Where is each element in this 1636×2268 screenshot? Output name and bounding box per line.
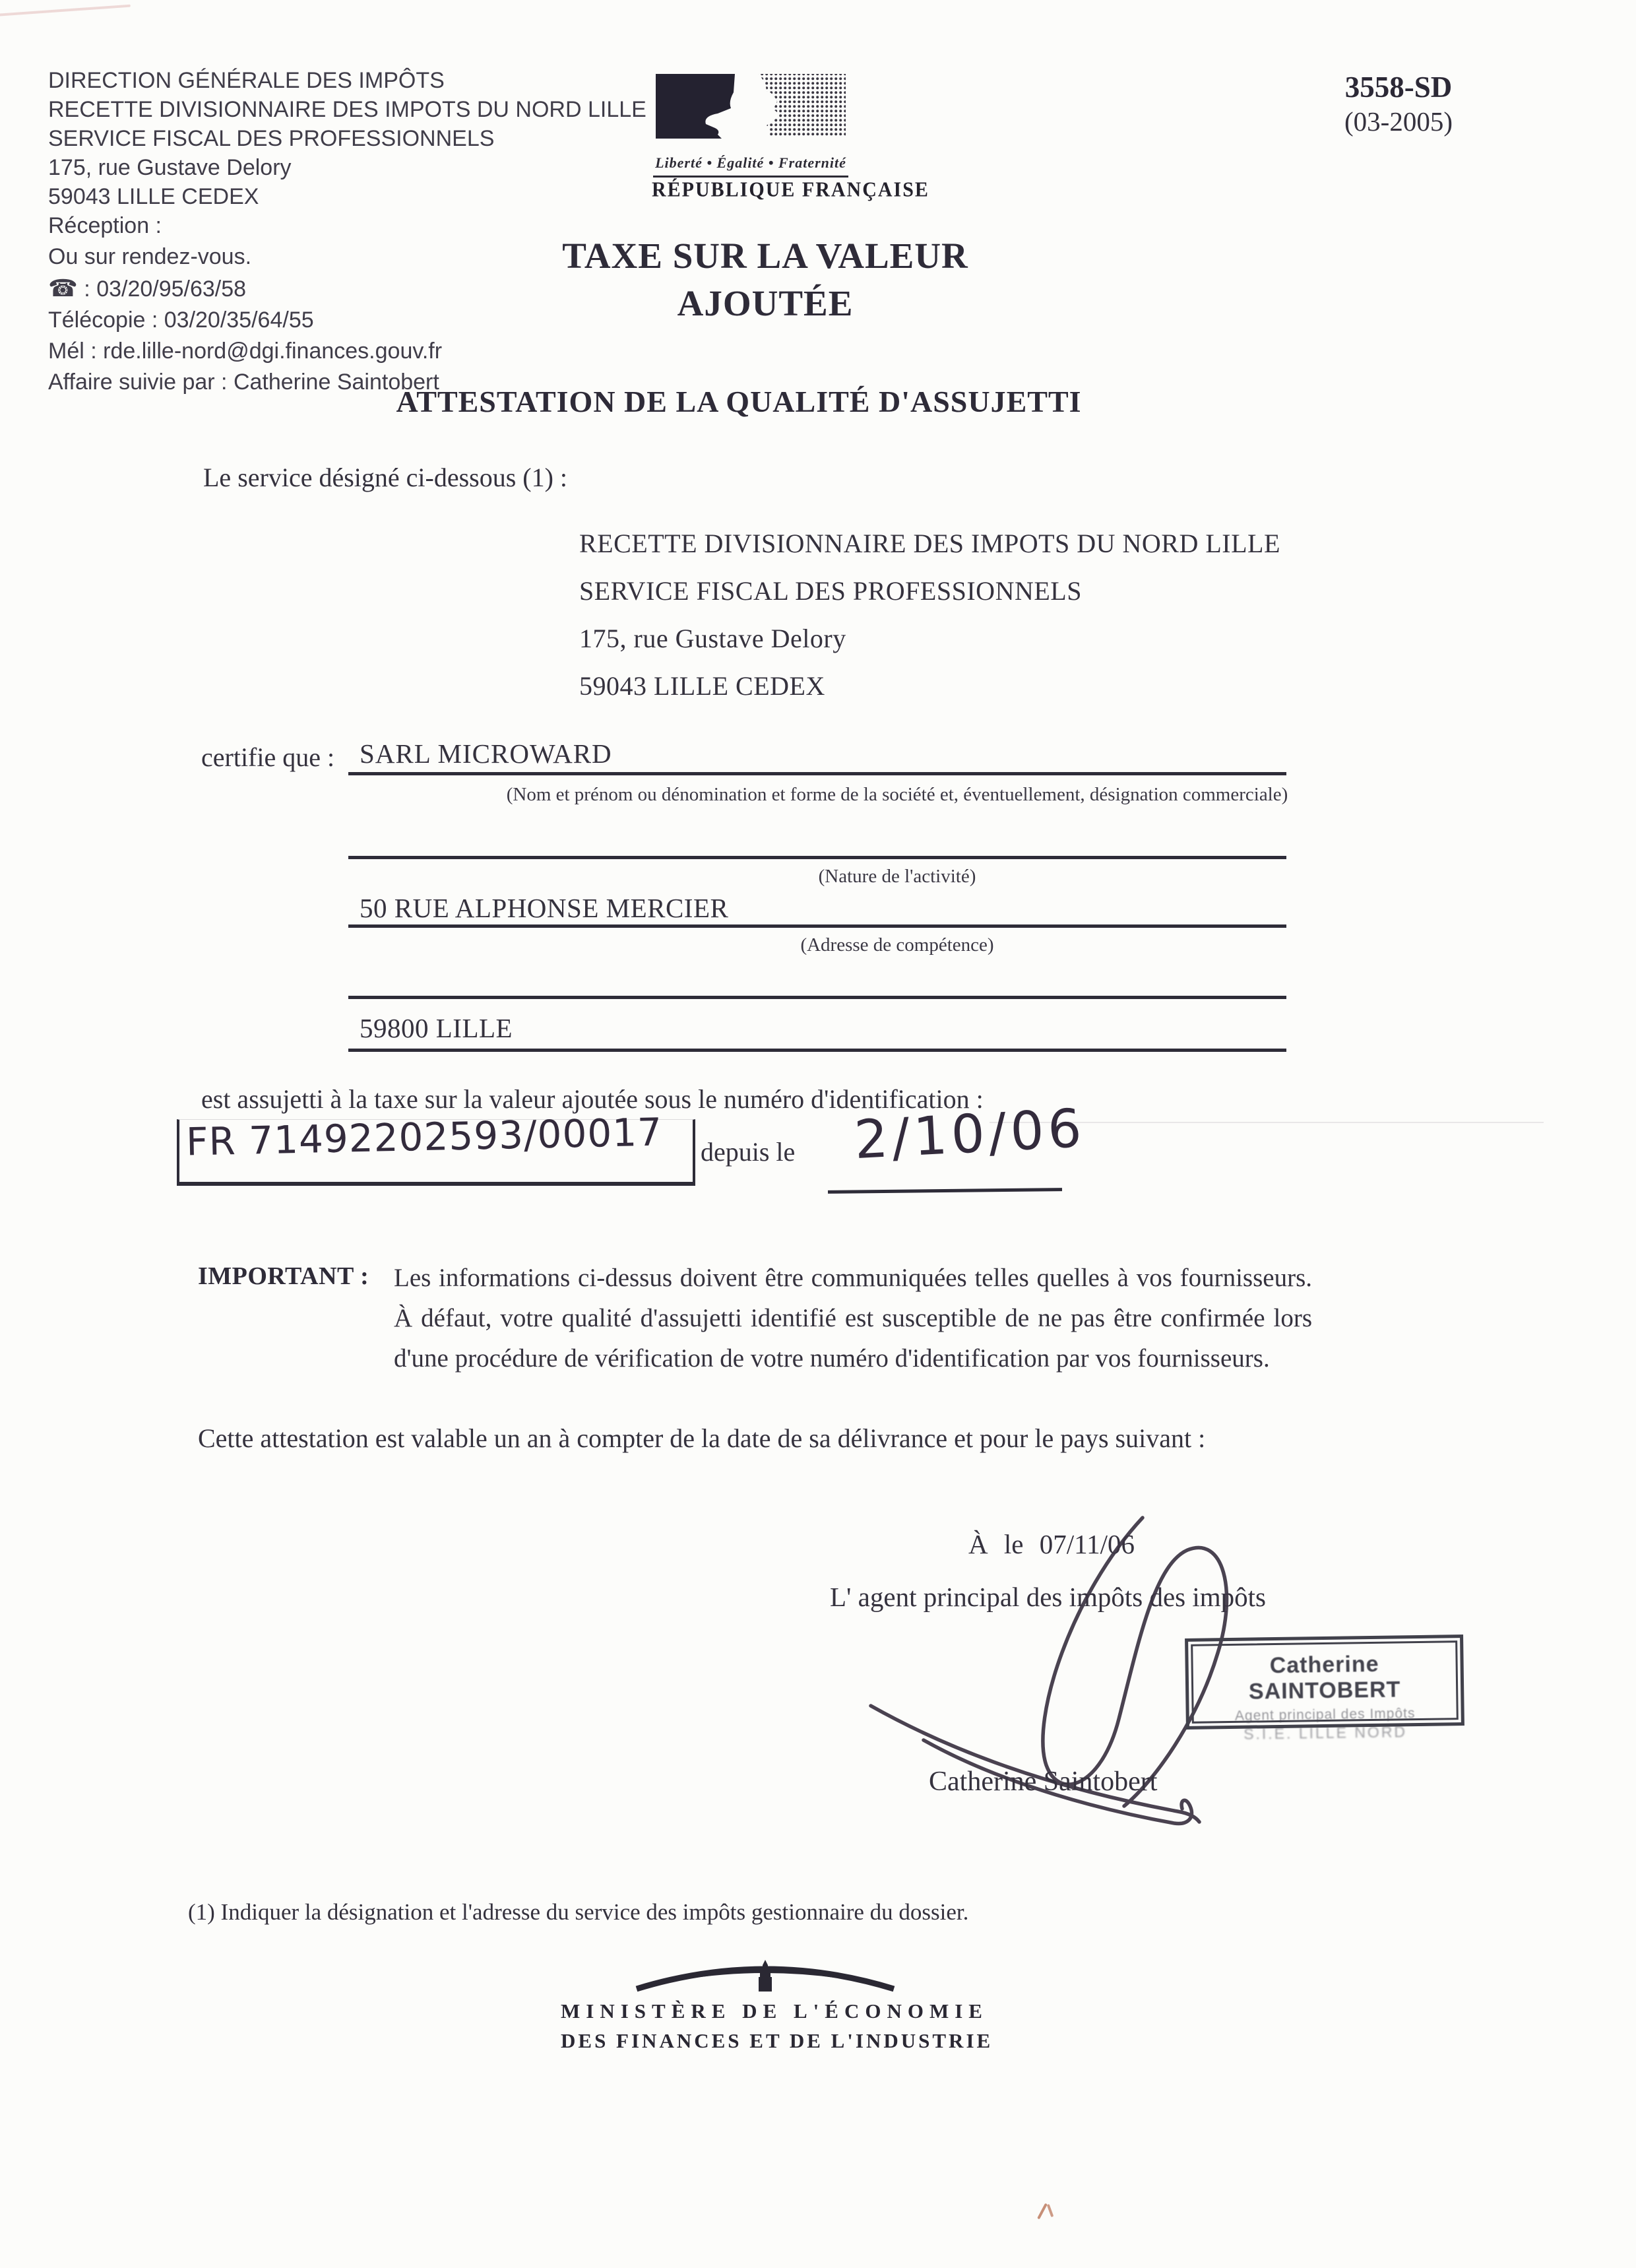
- marianne-flag-icon: [654, 73, 847, 150]
- since-date-handwritten: 2/10/06: [853, 1097, 1087, 1171]
- ministry-logo-block: MINISTÈRE DE L'ÉCONOMIE DES FINANCES ET …: [561, 1948, 970, 2053]
- since-date-underline: [828, 1188, 1062, 1194]
- sender-address-block: DIRECTION GÉNÉRALE DES IMPÔTS RECETTE DI…: [48, 66, 646, 240]
- sender-line: 175, rue Gustave Delory: [48, 153, 646, 182]
- blank-field-underline: [348, 996, 1286, 999]
- phone-number: : 03/20/95/63/58: [84, 276, 246, 302]
- since-label: depuis le: [701, 1136, 795, 1167]
- scan-artifact-mark: [1037, 2203, 1048, 2220]
- republique-francaise-label: RÉPUBLIQUE FRANÇAISE: [652, 178, 850, 202]
- validity-sentence: Cette attestation est valable un an à co…: [198, 1423, 1205, 1454]
- activity-caption: (Nature de l'activité): [462, 866, 1333, 888]
- form-edition: (03-2005): [1303, 106, 1494, 137]
- scan-artifact-mark: [1047, 2204, 1054, 2217]
- email-line: Mél : rde.lille-nord@dgi.finances.gouv.f…: [48, 336, 442, 367]
- activity-underline: [348, 856, 1286, 859]
- signatory-name: Catherine Saintobert: [929, 1766, 1157, 1798]
- stamp-title: Agent principal des Impôts: [1194, 1705, 1457, 1725]
- company-name-caption: (Nom et prénom ou dénomination et forme …: [462, 784, 1333, 806]
- title-line-1: TAXE SUR LA VALEUR: [548, 232, 983, 280]
- company-name-value: SARL MICROWARD: [360, 738, 612, 769]
- service-line: SERVICE FISCAL DES PROFESSIONNELS: [579, 567, 1280, 615]
- ministry-line-2: DES FINANCES ET DE L'INDUSTRIE: [561, 2029, 970, 2053]
- footnote: (1) Indiquer la désignation et l'adresse…: [188, 1899, 968, 1926]
- vat-number-handwritten: FR 71492202593/00017: [185, 1109, 662, 1164]
- ministry-line-1: MINISTÈRE DE L'ÉCONOMIE: [561, 1999, 970, 2023]
- intro-sentence: Le service désigné ci-dessous (1) :: [203, 462, 567, 493]
- important-label: IMPORTANT :: [198, 1262, 369, 1291]
- contact-block: Ou sur rendez-vous. ☎ : 03/20/95/63/58 T…: [48, 242, 442, 398]
- sender-line: SERVICE FISCAL DES PROFESSIONNELS: [48, 124, 646, 153]
- document-title: TAXE SUR LA VALEUR AJOUTÉE: [548, 232, 983, 327]
- official-stamp: Catherine SAINTOBERT Agent principal des…: [1185, 1635, 1464, 1730]
- sender-line: RECETTE DIVISIONNAIRE DES IMPOTS DU NORD…: [48, 95, 646, 124]
- service-line: RECETTE DIVISIONNAIRE DES IMPOTS DU NORD…: [579, 520, 1280, 567]
- address-underline: [348, 924, 1286, 928]
- service-line: 175, rue Gustave Delory: [579, 615, 1280, 663]
- title-line-2: AJOUTÉE: [548, 280, 983, 327]
- vat-number-box: FR 71492202593/00017: [177, 1119, 695, 1186]
- important-paragraph: Les informations ci-dessus doivent être …: [394, 1258, 1312, 1378]
- company-city-value: 59800 LILLE: [360, 1012, 513, 1044]
- service-line: 59043 LILLE CEDEX: [579, 663, 1280, 710]
- scan-artifact-streak: [0, 5, 131, 17]
- form-number: 3558-SD: [1303, 70, 1494, 104]
- city-underline: [348, 1049, 1286, 1052]
- appointment-note: Ou sur rendez-vous.: [48, 242, 442, 273]
- form-number-block: 3558-SD (03-2005): [1303, 70, 1494, 137]
- certify-label: certifie que :: [201, 742, 334, 773]
- sender-line: 59043 LILLE CEDEX: [48, 182, 646, 211]
- fax-line: Télécopie : 03/20/35/64/55: [48, 305, 442, 336]
- liberte-egalite-fraternite-motto: Liberté • Égalité • Fraternité: [652, 154, 850, 172]
- sender-line: DIRECTION GÉNÉRALE DES IMPÔTS: [48, 66, 646, 95]
- document-subtitle: ATTESTATION DE LA QUALITÉ D'ASSUJETTI: [303, 384, 1174, 419]
- stamp-inner-frame: Catherine SAINTOBERT Agent principal des…: [1191, 1640, 1459, 1724]
- logo-rule: [653, 176, 848, 178]
- stamp-name: Catherine SAINTOBERT: [1193, 1650, 1456, 1706]
- phone-line: ☎ : 03/20/95/63/58: [48, 273, 442, 305]
- telephone-icon: ☎: [48, 275, 78, 302]
- service-designation-block: RECETTE DIVISIONNAIRE DES IMPOTS DU NORD…: [579, 520, 1280, 710]
- company-name-underline: [348, 772, 1286, 775]
- ministry-arc-icon: [567, 1948, 963, 1999]
- stamp-office: S.I.E. LILLE NORD: [1194, 1722, 1457, 1744]
- company-address-value: 50 RUE ALPHONSE MERCIER: [360, 892, 728, 924]
- scanned-tax-attestation-page: DIRECTION GÉNÉRALE DES IMPÔTS RECETTE DI…: [0, 0, 1636, 2268]
- address-caption: (Adresse de compétence): [462, 934, 1333, 956]
- republique-francaise-logo: Liberté • Égalité • Fraternité RÉPUBLIQU…: [652, 73, 850, 201]
